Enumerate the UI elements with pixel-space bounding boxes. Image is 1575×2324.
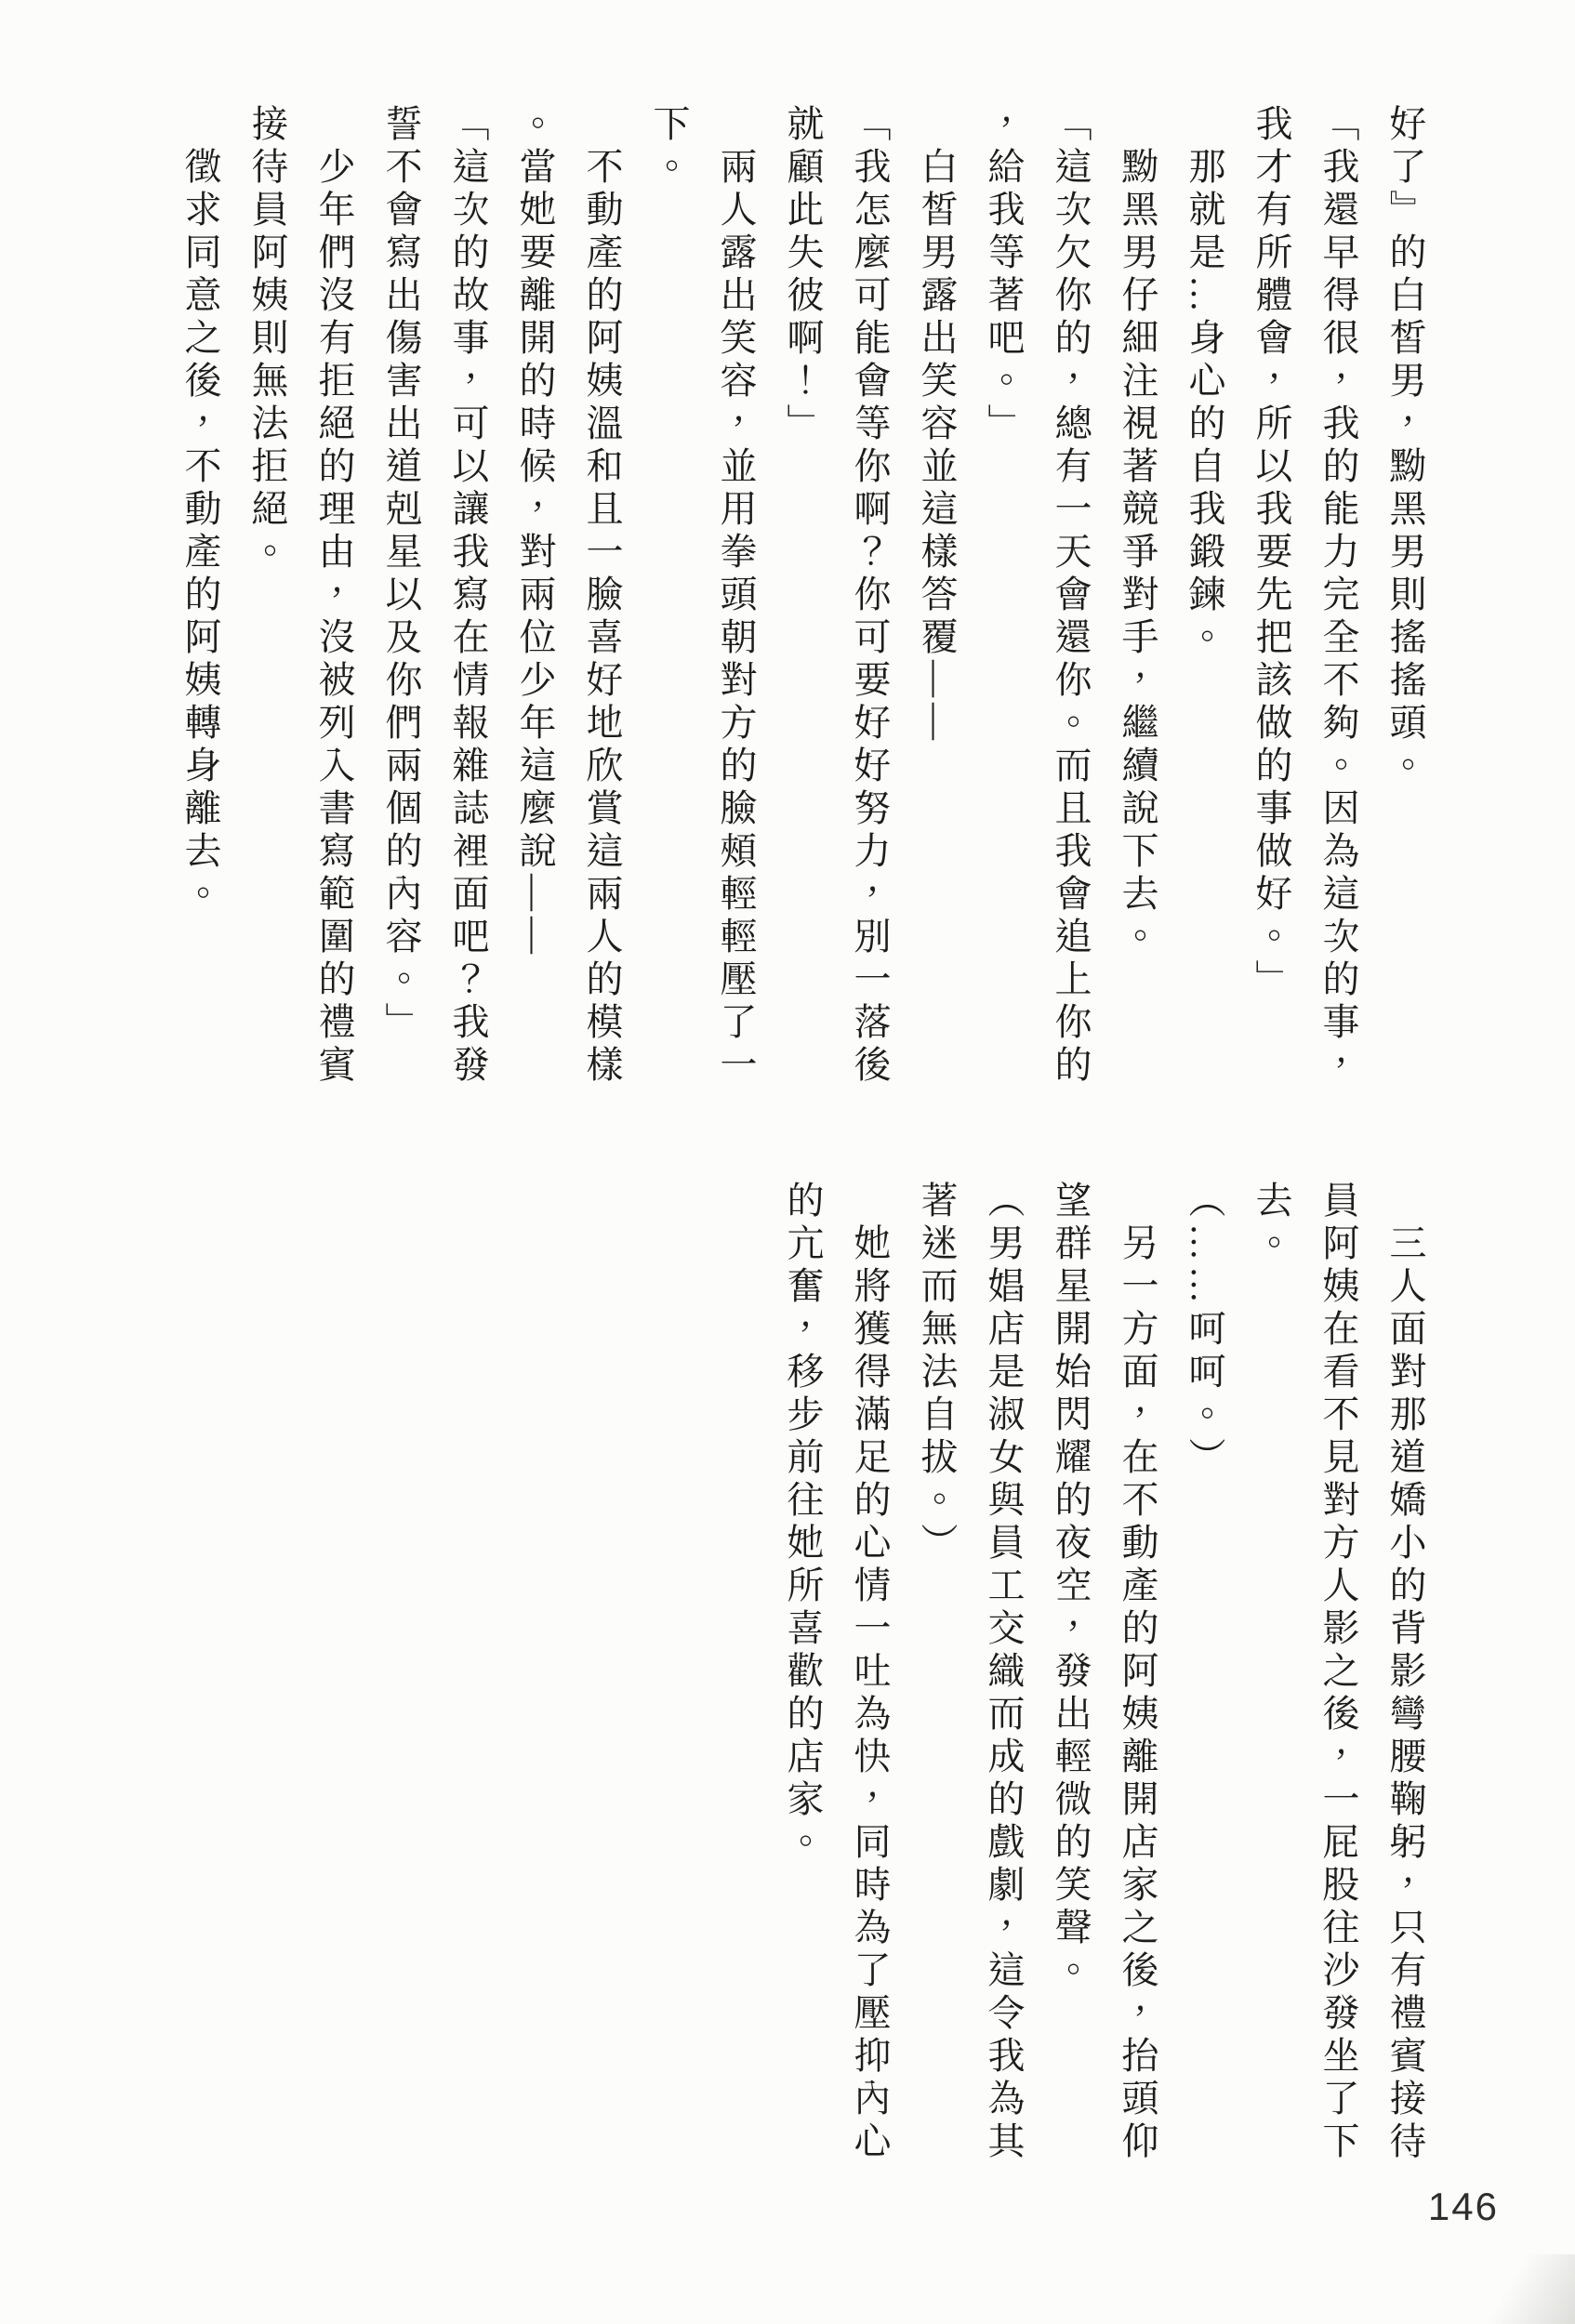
text-column: 的亢奮，移步前往她所喜歡的店家。 [769, 1181, 836, 2175]
bottom-text-block: 三人面對那道嬌小的背影彎腰鞠躬，只有禮賓接待 員阿姨在看不見對方人影之後，一屁股… [769, 1181, 1438, 2175]
scan-corner-artifact [1454, 2254, 1575, 2324]
text-column: 接待員阿姨則無法拒絕。 [233, 104, 300, 1099]
text-column: 就顧此失彼啊！」 [769, 104, 836, 1099]
text-column: 員阿姨在看不見對方人影之後，一屁股往沙發坐了下 [1304, 1181, 1371, 2175]
text-column: 黝黑男仔細注視著競爭對手，繼續說下去。 [1104, 104, 1171, 1099]
text-column: 我才有所體會，所以我要先把該做的事做好。」 [1237, 104, 1304, 1099]
text-column: （……呵呵。） [1171, 1181, 1237, 2175]
text-column: （男娼店是淑女與員工交織而成的戲劇，這令我為其 [970, 1181, 1037, 2175]
text-column: 她將獲得滿足的心情一吐為快，同時為了壓抑內心 [836, 1181, 903, 2175]
text-column: 。當她要離開的時候，對兩位少年這麼說—— [501, 104, 568, 1099]
text-column: 「我怎麼可能會等你啊？你可要好好努力，別一落後 [836, 104, 903, 1099]
text-column: 「這次欠你的，總有一天會還你。而且我會追上你的 [1037, 104, 1104, 1099]
book-page: 好了』的白皙男，黝黑男則搖搖頭。 「我還早得很，我的能力完全不夠。因為這次的事，… [0, 0, 1575, 2324]
page-number: 146 [1428, 2185, 1499, 2229]
text-column: 少年們沒有拒絕的理由，沒被列入書寫範圍的禮賓 [300, 104, 367, 1099]
text-column: 白皙男露出笑容並這樣答覆—— [903, 104, 970, 1099]
text-column: 望群星開始閃耀的夜空，發出輕微的笑聲。 [1037, 1181, 1104, 2175]
top-text-block: 好了』的白皙男，黝黑男則搖搖頭。 「我還早得很，我的能力完全不夠。因為這次的事，… [166, 104, 1438, 1099]
text-column: 兩人露出笑容，並用拳頭朝對方的臉頰輕輕壓了一 [702, 104, 769, 1099]
text-column: 徵求同意之後，不動產的阿姨轉身離去。 [166, 104, 233, 1099]
text-column: 著迷而無法自拔。） [903, 1181, 970, 2175]
text-column: 好了』的白皙男，黝黑男則搖搖頭。 [1371, 104, 1438, 1099]
text-column: 誓不會寫出傷害出道剋星以及你們兩個的內容。」 [367, 104, 434, 1099]
text-column: ，給我等著吧。」 [970, 104, 1037, 1099]
text-column: 三人面對那道嬌小的背影彎腰鞠躬，只有禮賓接待 [1371, 1181, 1438, 2175]
text-column: 下。 [635, 104, 702, 1099]
text-column: 不動產的阿姨溫和且一臉喜好地欣賞這兩人的模樣 [568, 104, 635, 1099]
text-column: 「這次的故事，可以讓我寫在情報雜誌裡面吧？我發 [434, 104, 501, 1099]
text-column: 去。 [1237, 1181, 1304, 2175]
text-column: 另一方面，在不動產的阿姨離開店家之後，抬頭仰 [1104, 1181, 1171, 2175]
text-column: 那就是…身心的自我鍛鍊。 [1171, 104, 1237, 1099]
text-column: 「我還早得很，我的能力完全不夠。因為這次的事， [1304, 104, 1371, 1099]
